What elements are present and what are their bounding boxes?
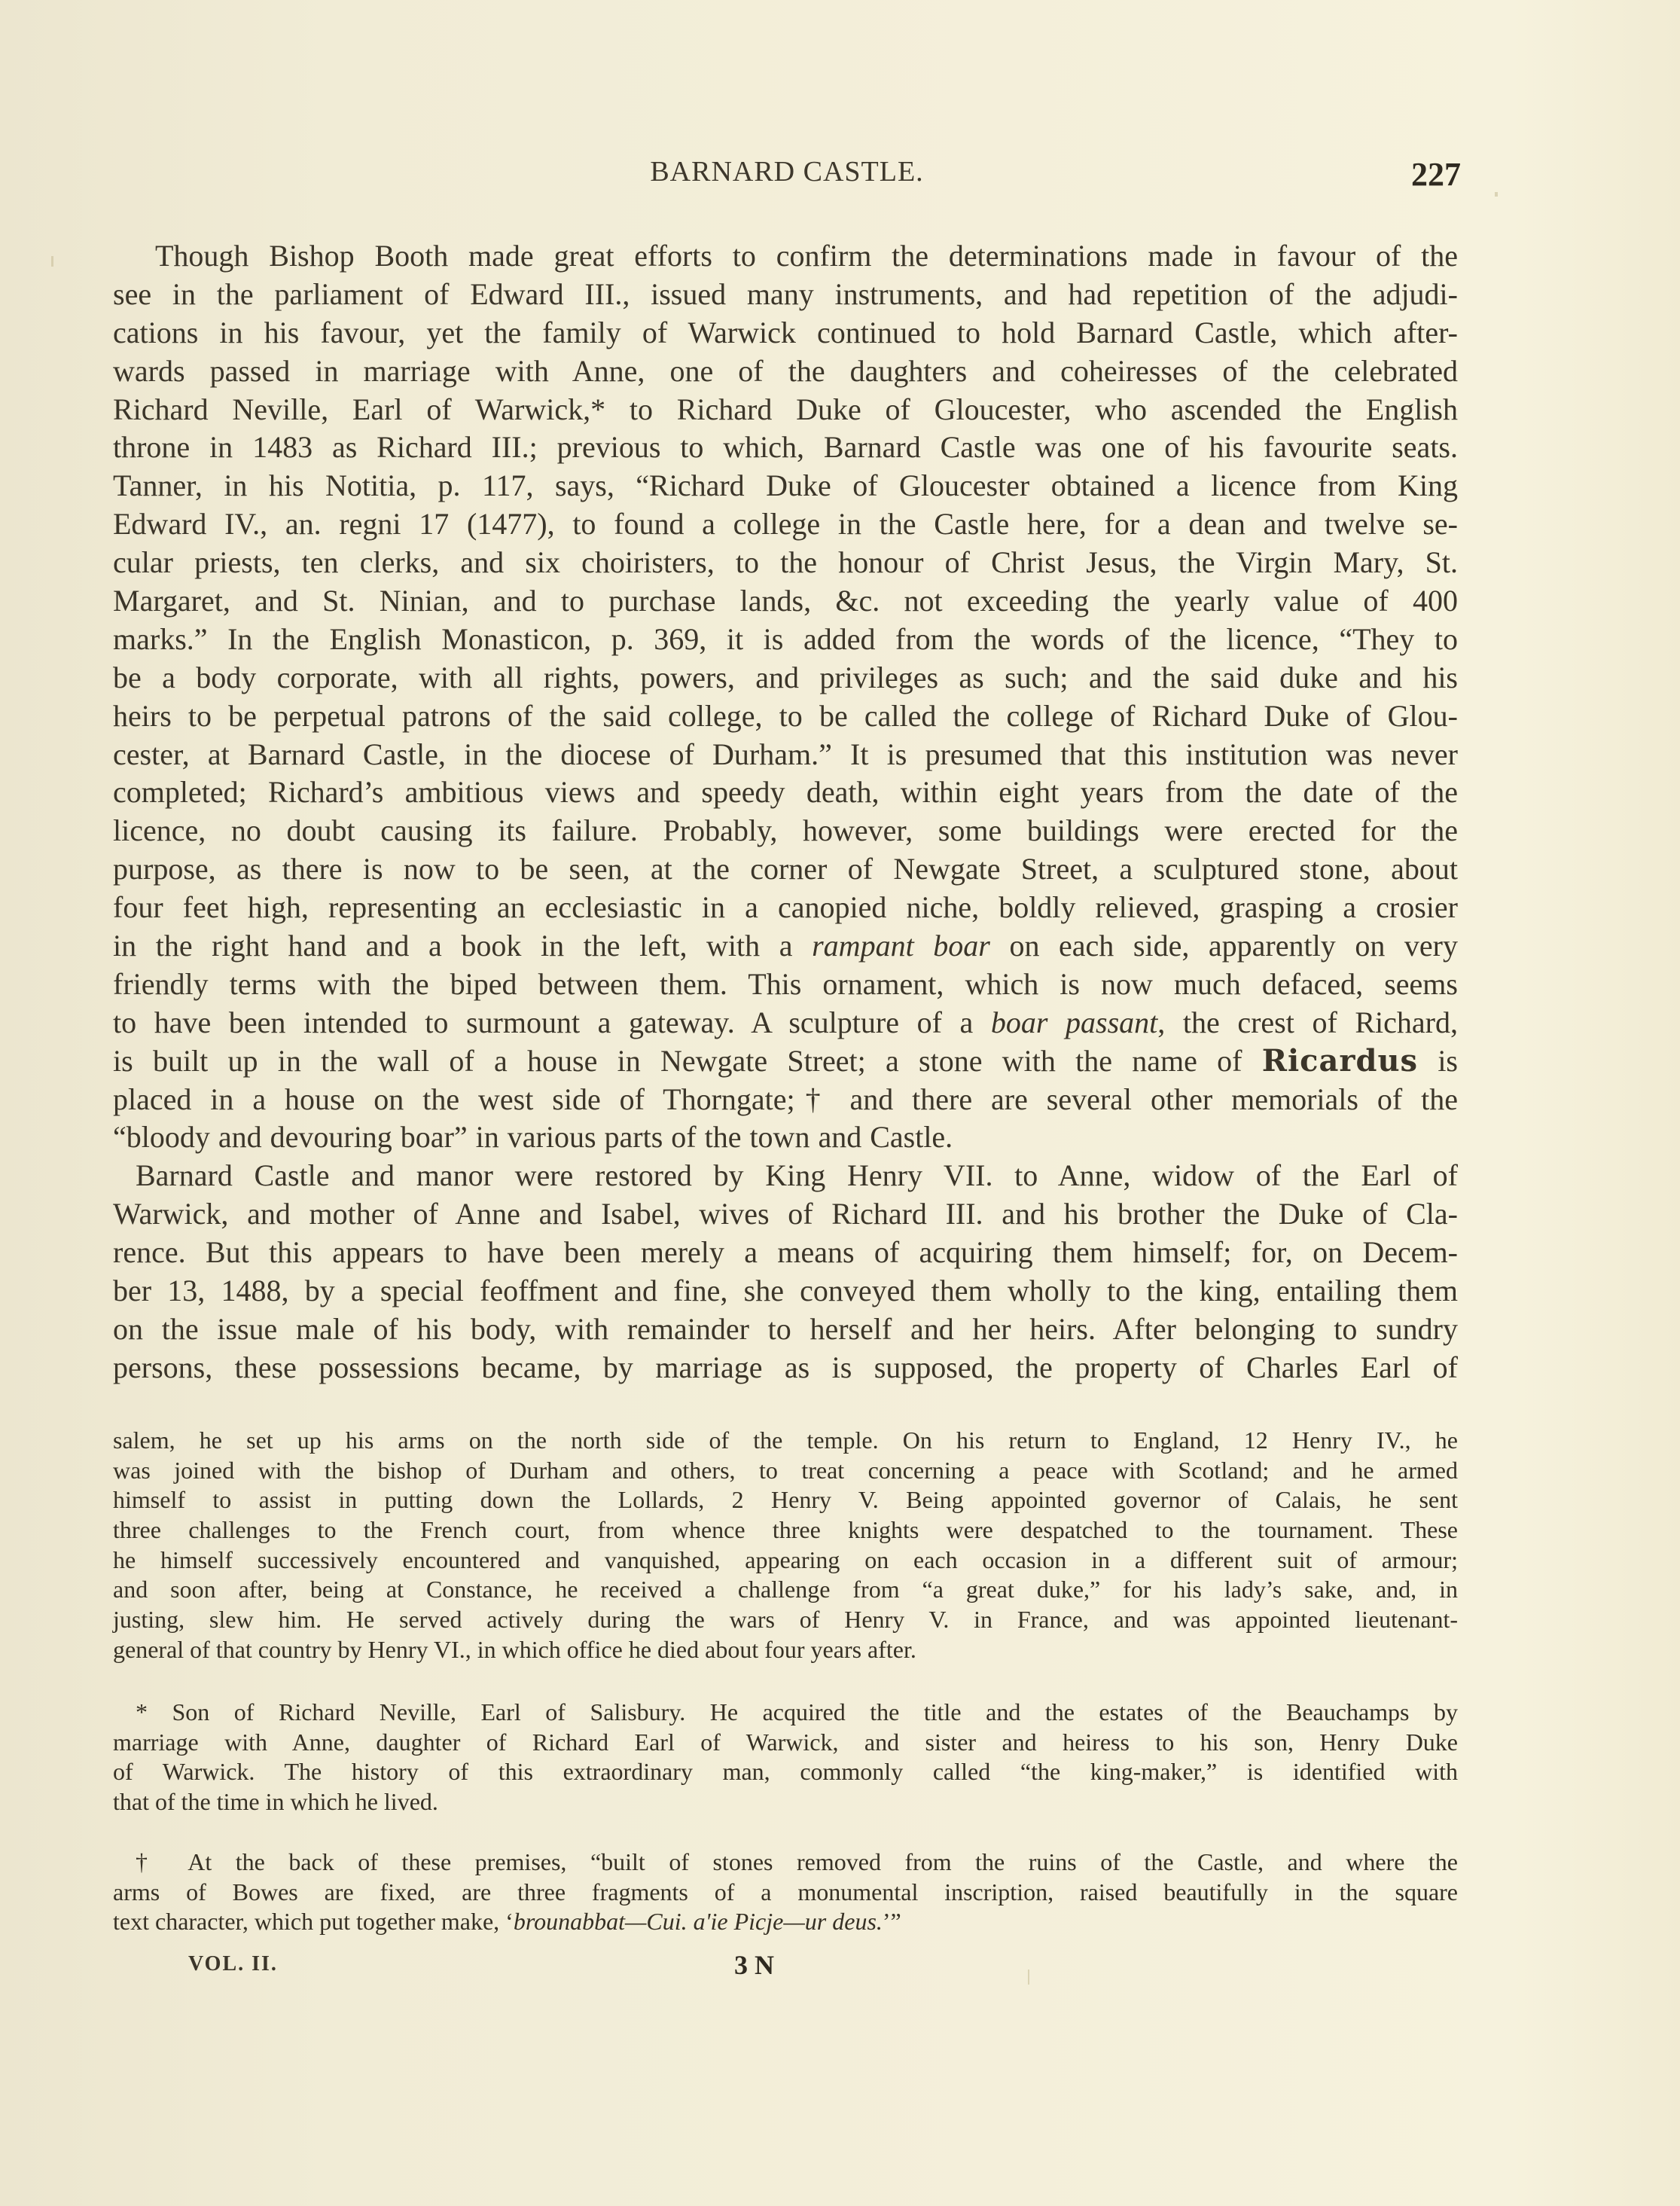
blackletter-word: Ricardus [1262,1043,1418,1079]
body-line: rence. But this appears to have been mer… [113,1234,1458,1272]
text-run: to have been intended to surmount a gate… [113,1005,991,1039]
body-line: Though Bishop Booth made great efforts t… [113,237,1458,276]
footnote-line: general of that country by Henry VI., in… [113,1635,1458,1665]
running-title: BARNARD CASTLE. [113,155,1461,188]
body-line: heirs to be perpetual patrons of the sai… [113,697,1458,736]
paragraph-start-line: Barnard Castle and manor were restored b… [113,1157,1458,1195]
text-run: , the crest of Richard, [1157,1005,1458,1039]
body-line: Margaret, and St. Ninian, and to purchas… [113,582,1458,621]
italic-phrase: boar passant [991,1005,1157,1039]
body-line: cester, at Barnard Castle, in the dioces… [113,736,1458,774]
book-page: BARNARD CASTLE. 227 Though Bishop Booth … [0,0,1680,2206]
body-line: completed; Richard’s ambitious views and… [113,773,1458,812]
italic-inscription: brounabbat—Cui. a'ie Picje—ur deus. [514,1908,883,1935]
body-line: ber 13, 1488, by a special feoffment and… [113,1272,1458,1310]
paper-speck [51,256,53,267]
body-line: to have been intended to surmount a gate… [113,1004,1458,1042]
body-line: see in the parliament of Edward III., is… [113,276,1458,314]
body-line: “bloody and devouring boar” in various p… [113,1118,1458,1157]
signature-mark: 3 N [734,1949,774,1981]
body-line: placed in a house on the west side of Th… [113,1081,1458,1119]
body-line: marks.” In the English Monasticon, p. 36… [113,621,1458,659]
footnote-line: text character, which put together make,… [113,1907,1458,1937]
body-line: friendly terms with the biped between th… [113,966,1458,1004]
page-number: 227 [1411,155,1461,194]
body-line: licence, no doubt causing its failure. P… [113,812,1458,850]
footnote-line: was joined with the bishop of Durham and… [113,1456,1458,1486]
body-line: wards passed in marriage with Anne, one … [113,352,1458,391]
footnote-line: of Warwick. The history of this extraord… [113,1757,1458,1787]
body-line: be a body corporate, with all rights, po… [113,659,1458,697]
text-run: is built up in the wall of a house in Ne… [113,1044,1262,1078]
footnote-line: arms of Bowes are fixed, are three fragm… [113,1878,1458,1908]
text-run: in the right hand and a book in the left… [113,929,812,963]
body-line: throne in 1483 as Richard III.; previous… [113,429,1458,467]
body-line: on the issue male of his body, with rema… [113,1310,1458,1349]
footnote-line: himself to assist in putting down the Lo… [113,1485,1458,1515]
footnote-line: three challenges to the French court, fr… [113,1515,1458,1545]
body-line: Tanner, in his Notitia, p. 117, says, “R… [113,467,1458,505]
body-line: four feet high, representing an ecclesia… [113,889,1458,927]
body-line: in the right hand and a book in the left… [113,927,1458,966]
footnote-line: † At the back of these premises, “built … [113,1847,1458,1878]
body-line: Richard Neville, Earl of Warwick,* to Ri… [113,391,1458,429]
footnote-line: salem, he set up his arms on the north s… [113,1426,1458,1456]
text-run: on each side, apparently on very [990,929,1458,963]
body-line: cations in his favour, yet the family of… [113,314,1458,352]
footnote-line: he himself successively encountered and … [113,1545,1458,1576]
main-body-text: Though Bishop Booth made great efforts t… [113,237,1458,1387]
footnote-line: marriage with Anne, daughter of Richard … [113,1728,1458,1758]
footnote-line: that of the time in which he lived. [113,1787,1458,1817]
text-run: ’” [883,1908,901,1935]
body-line: Edward IV., an. regni 17 (1477), to foun… [113,505,1458,544]
volume-label: VOL. II. [188,1952,278,1976]
footnote-continued: salem, he set up his arms on the north s… [113,1426,1458,1665]
italic-phrase: rampant boar [812,929,990,963]
body-line: Warwick, and mother of Anne and Isabel, … [113,1195,1458,1234]
body-line: is built up in the wall of a house in Ne… [113,1042,1458,1081]
footnote-line: * Son of Richard Neville, Earl of Salisb… [113,1698,1458,1728]
footnote-line: justing, slew him. He served actively du… [113,1605,1458,1635]
footnote-line: and soon after, being at Constance, he r… [113,1575,1458,1605]
footnote-dagger: † At the back of these premises, “built … [113,1847,1458,1937]
paper-speck [1028,1970,1029,1985]
paper-speck [1495,192,1498,197]
body-line: purpose, as there is now to be seen, at … [113,850,1458,889]
body-line: cular priests, ten clerks, and six choir… [113,544,1458,582]
running-head: BARNARD CASTLE. 227 [113,155,1461,193]
footnote-star: * Son of Richard Neville, Earl of Salisb… [113,1698,1458,1817]
body-line: persons, these possessions became, by ma… [113,1349,1458,1387]
text-run: text character, which put together make,… [113,1908,514,1935]
text-run: is [1418,1044,1458,1078]
